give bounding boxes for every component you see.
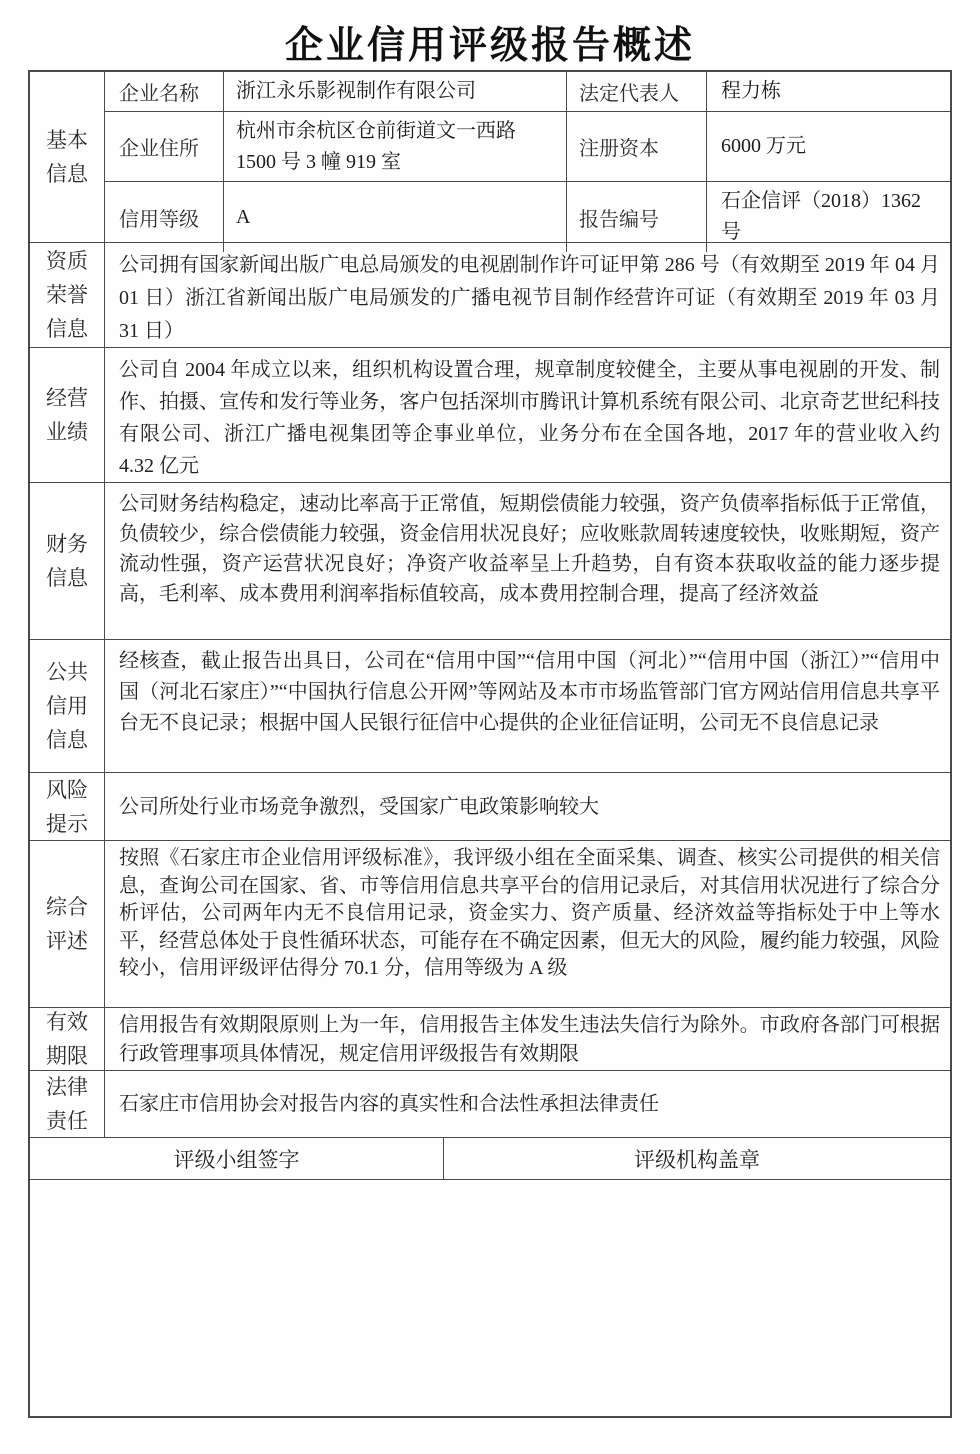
page-title: 企业信用评级报告概述	[0, 14, 980, 69]
row-company-name: 企业名称 浙江永乐影视制作有限公司 法定代表人 程力栋	[105, 72, 950, 111]
section-legal-liability: 法律责任 石家庄市信用协会对报告内容的真实性和合法性承担法律责任	[30, 1070, 950, 1137]
business-performance-label: 经营业绩	[44, 381, 90, 449]
qualifications-label: 资质荣誉信息	[44, 244, 90, 346]
overall-review-label: 综合评述	[44, 890, 90, 958]
section-business-performance: 经营业绩 公司自 2004 年成立以来，组织机构设置合理，规章制度较健全，主要从…	[30, 347, 950, 482]
section-overall-review: 综合评述 按照《石家庄市企业信用评级标准》，我评级小组在全面采集、调查、核实公司…	[30, 840, 950, 1007]
company-name-value: 浙江永乐影视制作有限公司	[224, 72, 567, 111]
section-validity-period: 有效期限 信用报告有效期限原则上为一年，信用报告主体发生违法失信行为除外。市政府…	[30, 1007, 950, 1070]
company-name-key: 企业名称	[105, 72, 224, 111]
financial-info-text: 公司财务结构稳定，速动比率高于正常值，短期偿债能力较强，资产负债率指标低于正常值…	[105, 483, 950, 639]
report-table: 基本信息 企业名称 浙江永乐影视制作有限公司 法定代表人 程力栋 企业住所 杭州…	[28, 70, 952, 1418]
section-public-credit: 公共信用信息 经核查，截止报告出具日，公司在“信用中国”“信用中国（河北）”“信…	[30, 639, 950, 772]
signature-header-row: 评级小组签字 评级机构盖章	[30, 1137, 950, 1179]
rating-team-signature-header: 评级小组签字	[30, 1138, 444, 1179]
section-qualifications: 资质荣誉信息 公司拥有国家新闻出版广电总局颁发的电视剧制作许可证甲第 286 号…	[30, 242, 950, 347]
public-credit-label: 公共信用信息	[44, 655, 90, 757]
rating-agency-seal-header: 评级机构盖章	[444, 1138, 950, 1179]
basic-info-header: 基本信息	[30, 72, 105, 242]
signature-body-row: 评级小组组长签字: 孙燕芳 2018 年 10 月 22 日 石家庄市信用协会 …	[30, 1179, 950, 1180]
section-financial-info: 财务信息 公司财务结构稳定，速动比率高于正常值，短期偿债能力较强，资产负债率指标…	[30, 482, 950, 639]
overall-review-text: 按照《石家庄市企业信用评级标准》，我评级小组在全面采集、调查、核实公司提供的相关…	[105, 841, 950, 1007]
row-company-address: 企业住所 杭州市余杭区仓前街道文一西路 1500 号 3 幢 919 室 注册资…	[105, 111, 950, 181]
registered-capital-key: 注册资本	[567, 112, 707, 181]
risk-warning-label: 风险提示	[44, 773, 90, 840]
report-number-key: 报告编号	[567, 182, 707, 252]
basic-info-label: 基本信息	[44, 123, 90, 191]
credit-grade-value: A	[224, 182, 567, 252]
report-number-value: 石企信评（2018）1362 号	[707, 182, 950, 252]
qualifications-text: 公司拥有国家新闻出版广电总局颁发的电视剧制作许可证甲第 286 号（有效期至 2…	[105, 243, 950, 347]
legal-rep-key: 法定代表人	[567, 72, 707, 111]
validity-period-text: 信用报告有效期限原则上为一年，信用报告主体发生违法失信行为除外。市政府各部门可根…	[105, 1008, 950, 1070]
row-credit-grade: 信用等级 A 报告编号 石企信评（2018）1362 号	[105, 181, 950, 252]
legal-liability-text: 石家庄市信用协会对报告内容的真实性和合法性承担法律责任	[105, 1071, 950, 1137]
risk-warning-text: 公司所处行业市场竞争激烈，受国家广电政策影响较大	[105, 773, 950, 840]
financial-info-label: 财务信息	[44, 527, 90, 595]
company-address-key: 企业住所	[105, 112, 224, 181]
business-performance-text: 公司自 2004 年成立以来，组织机构设置合理，规章制度较健全，主要从事电视剧的…	[105, 348, 950, 482]
legal-rep-value: 程力栋	[707, 72, 950, 111]
section-risk-warning: 风险提示 公司所处行业市场竞争激烈，受国家广电政策影响较大	[30, 772, 950, 840]
company-address-value: 杭州市余杭区仓前街道文一西路 1500 号 3 幢 919 室	[224, 112, 567, 181]
credit-grade-key: 信用等级	[105, 182, 224, 252]
validity-period-label: 有效期限	[44, 1008, 90, 1070]
public-credit-text: 经核查，截止报告出具日，公司在“信用中国”“信用中国（河北）”“信用中国（浙江）…	[105, 640, 950, 772]
section-basic-info: 基本信息 企业名称 浙江永乐影视制作有限公司 法定代表人 程力栋 企业住所 杭州…	[30, 72, 950, 242]
registered-capital-value: 6000 万元	[707, 112, 950, 181]
legal-liability-label: 法律责任	[44, 1071, 90, 1137]
